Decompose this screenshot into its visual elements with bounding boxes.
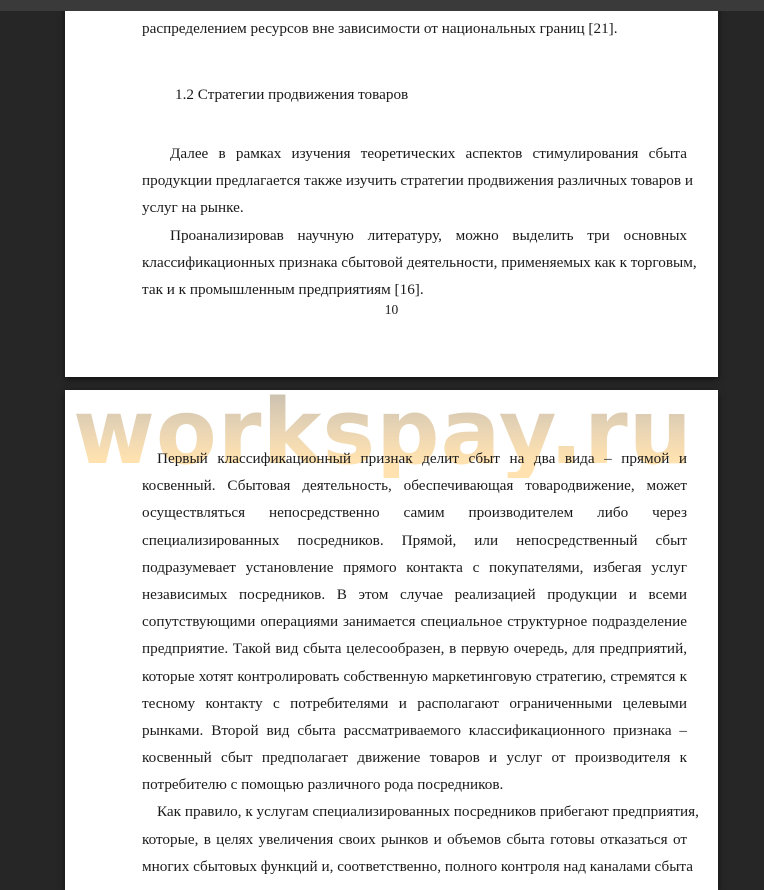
- text-line: Проанализировав научную литературу, можн…: [142, 222, 687, 249]
- paragraph: Первый классификационный признак делит с…: [142, 445, 687, 874]
- text-line: независимых посредников. В этом случае р…: [142, 581, 687, 608]
- text-line: услуг на рынке.: [142, 194, 687, 221]
- document-page-11: workspay.ru Первый классификационный при…: [65, 390, 718, 874]
- text-line: которые хотят контролировать собственную…: [142, 663, 687, 690]
- text-line: Первый классификационный признак делит с…: [142, 445, 687, 472]
- text-line: сопутствующими операциями занимается спе…: [142, 608, 687, 635]
- text-line: осуществляться непосредственно самим про…: [142, 499, 687, 526]
- text-line: классификационных признака сбытовой деят…: [142, 249, 687, 276]
- text-line: специализированных посредников. Прямой, …: [142, 527, 687, 554]
- text-line: продукции предлагается также изучить стр…: [142, 167, 687, 194]
- text-line: косвенный сбыт предполагает движение тов…: [142, 744, 687, 771]
- text-line: которые, в целях увеличения своих рынков…: [142, 826, 687, 853]
- viewer-toolbar: [0, 0, 764, 11]
- text-line: Далее в рамках изучения теоретических ас…: [142, 140, 687, 167]
- text-line: так и к промышленным предприятиям [16].: [142, 276, 687, 303]
- section-heading: 1.2 Стратегии продвижения товаров: [175, 86, 408, 104]
- text-line: распределением ресурсов вне зависимости …: [142, 15, 687, 42]
- paragraph: Далее в рамках изучения теоретических ас…: [142, 140, 687, 303]
- text-line: тесному контакту с потребителями и распо…: [142, 690, 687, 717]
- text-line: многих сбытовых функций и, соответственн…: [142, 853, 687, 874]
- text-line: косвенный. Сбытовая деятельность, обеспе…: [142, 472, 687, 499]
- document-page-10: Coca-Cola. Сбытовая политика этих компан…: [65, 0, 718, 377]
- page-number: 10: [65, 302, 718, 318]
- text-line: рынками. Второй вид сбыта рассматриваемо…: [142, 717, 687, 744]
- text-line: предприятие. Такой вид сбыта целесообраз…: [142, 635, 687, 662]
- text-line: потребителю с помощью различного рода по…: [142, 771, 687, 798]
- text-line: подразумевает установление прямого конта…: [142, 554, 687, 581]
- text-line: Как правило, к услугам специализированны…: [142, 798, 687, 825]
